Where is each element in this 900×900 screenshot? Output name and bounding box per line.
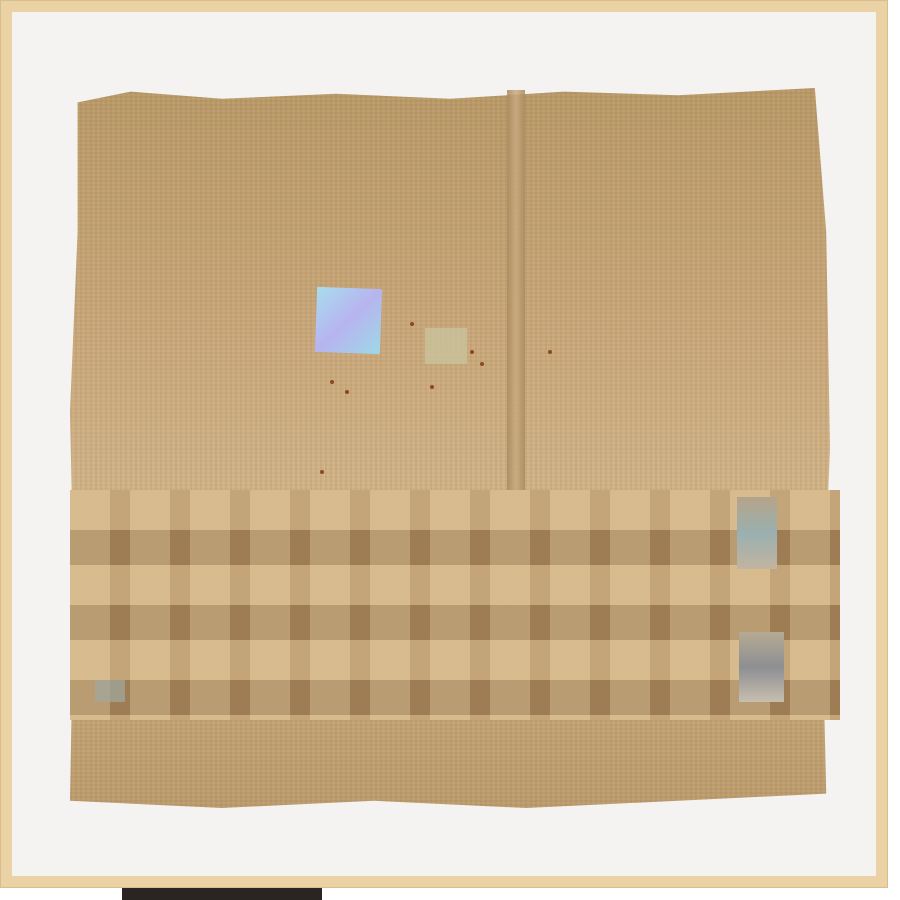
rust-stain [430, 385, 434, 389]
small-grey-patch [95, 680, 125, 702]
rust-stain [470, 350, 474, 354]
dark-edge-strip [122, 888, 322, 900]
rust-stain [410, 322, 414, 326]
paint-spattered-patch-lower [739, 632, 784, 702]
rust-stain [320, 470, 324, 474]
woven-strip-rows [70, 490, 840, 720]
paint-spattered-patch-upper [737, 497, 777, 569]
rust-stain [480, 362, 484, 366]
rust-stain [345, 390, 349, 394]
pale-green-patch [425, 328, 467, 364]
rust-stain [330, 380, 334, 384]
vertical-seam [507, 90, 525, 510]
iridescent-blue-patch [315, 287, 382, 354]
rust-stain [548, 350, 552, 354]
